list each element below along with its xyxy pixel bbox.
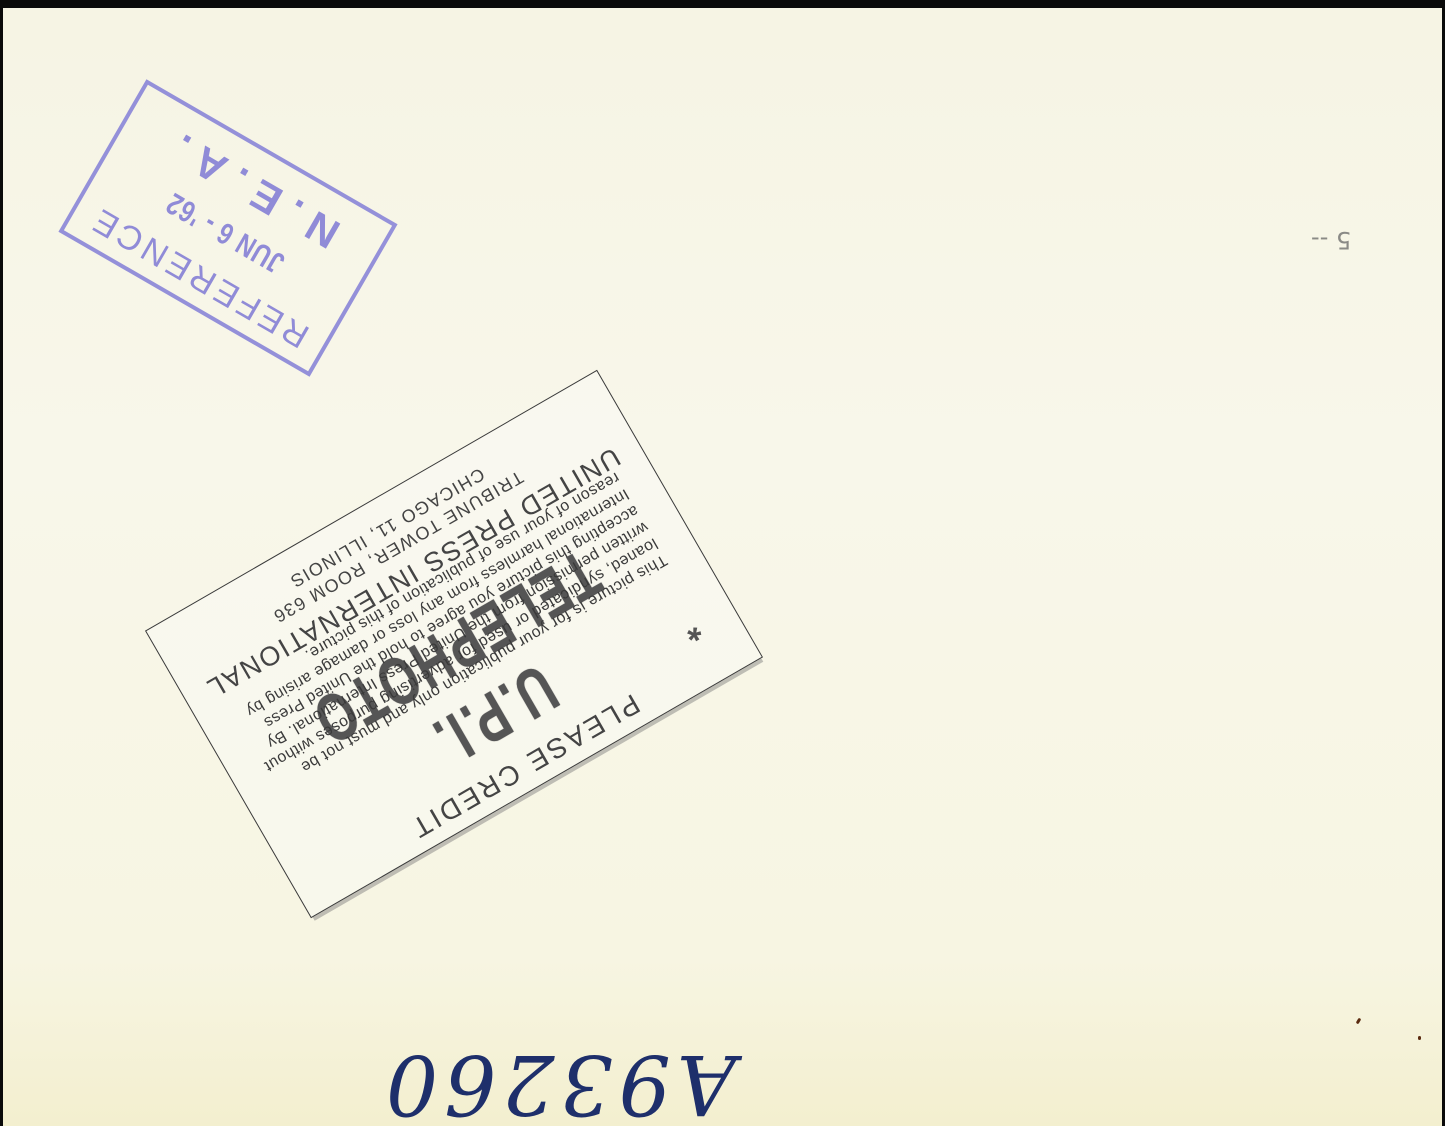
- pencil-mark: 5 --: [1311, 226, 1351, 254]
- upi-credit-stamp: PLEASE CREDIT * U.P.I. TELEPHOTO This pi…: [145, 370, 763, 919]
- handwritten-catalog-number: A93260: [348, 1038, 768, 1126]
- asterisk-icon: *: [675, 608, 708, 651]
- photo-back-paper: REFERENCE JUN 6 - '62 N.E.A. PLEASE CRED…: [3, 8, 1442, 1126]
- ink-speck: [1356, 1018, 1362, 1025]
- reference-stamp: REFERENCE JUN 6 - '62 N.E.A.: [58, 79, 397, 376]
- ink-speck: [1418, 1036, 1421, 1040]
